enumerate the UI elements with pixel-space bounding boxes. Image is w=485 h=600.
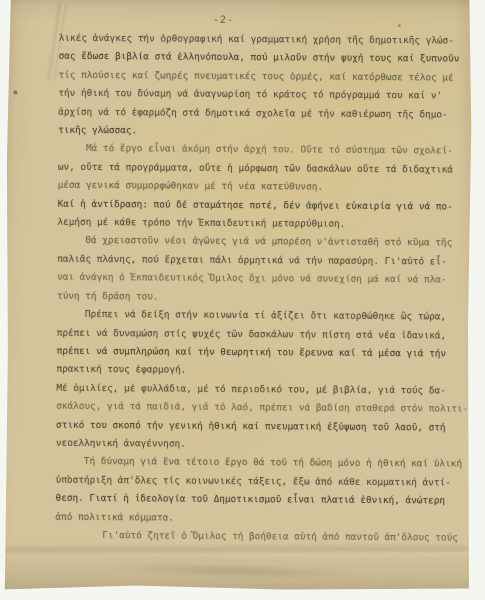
paper-speck xyxy=(13,90,17,94)
text-line: σκάλους, γιά τά παιδιά, γιά τό λαό, πρέπ… xyxy=(56,398,462,419)
text-line: μέσα γενικά συμμορφώθηκαν μέ τή νέα κατε… xyxy=(58,177,464,198)
document-page: -2- λικές ἀνάγκες τήν ὀρθογραφική καί γρ… xyxy=(4,0,473,593)
text-line: πρακτική τους ἐφαρμογή. xyxy=(56,361,462,382)
text-line: Πρέπει νά δείξη στήν κοινωνία τί ἀξίζει … xyxy=(57,306,463,327)
text-line: θεση. Γιατί ἡ ἰδεολογία τοῦ Δημοτικισμοῦ… xyxy=(55,490,461,511)
text-lines: λικές ἀνάγκες τήν ὀρθογραφική καί γραμμα… xyxy=(55,30,465,548)
scanned-document-background: -2- λικές ἀνάγκες τήν ὀρθογραφική καί γρ… xyxy=(0,0,485,600)
text-line: Τή δύναμη γιά ἕνα τέτοιο ἔργο θά τοῦ τή … xyxy=(56,453,462,474)
page-number: -2- xyxy=(213,15,234,26)
text-line: ναι ἀνάγκη ὁ Ἐκπαιδευτικός Ὅμιλος ὄχι μό… xyxy=(57,269,463,290)
text-line: Γι'αὐτό ζητεῖ ὁ Ὅμιλος τή βοήθεια αὐτή ἀ… xyxy=(55,527,461,548)
paper-speck xyxy=(398,24,401,27)
text-line: τήν ἠθική του δύναμη νά ἀναγνωρίση τό κρ… xyxy=(58,85,464,106)
paper-crease-bottom-2 xyxy=(64,557,404,584)
